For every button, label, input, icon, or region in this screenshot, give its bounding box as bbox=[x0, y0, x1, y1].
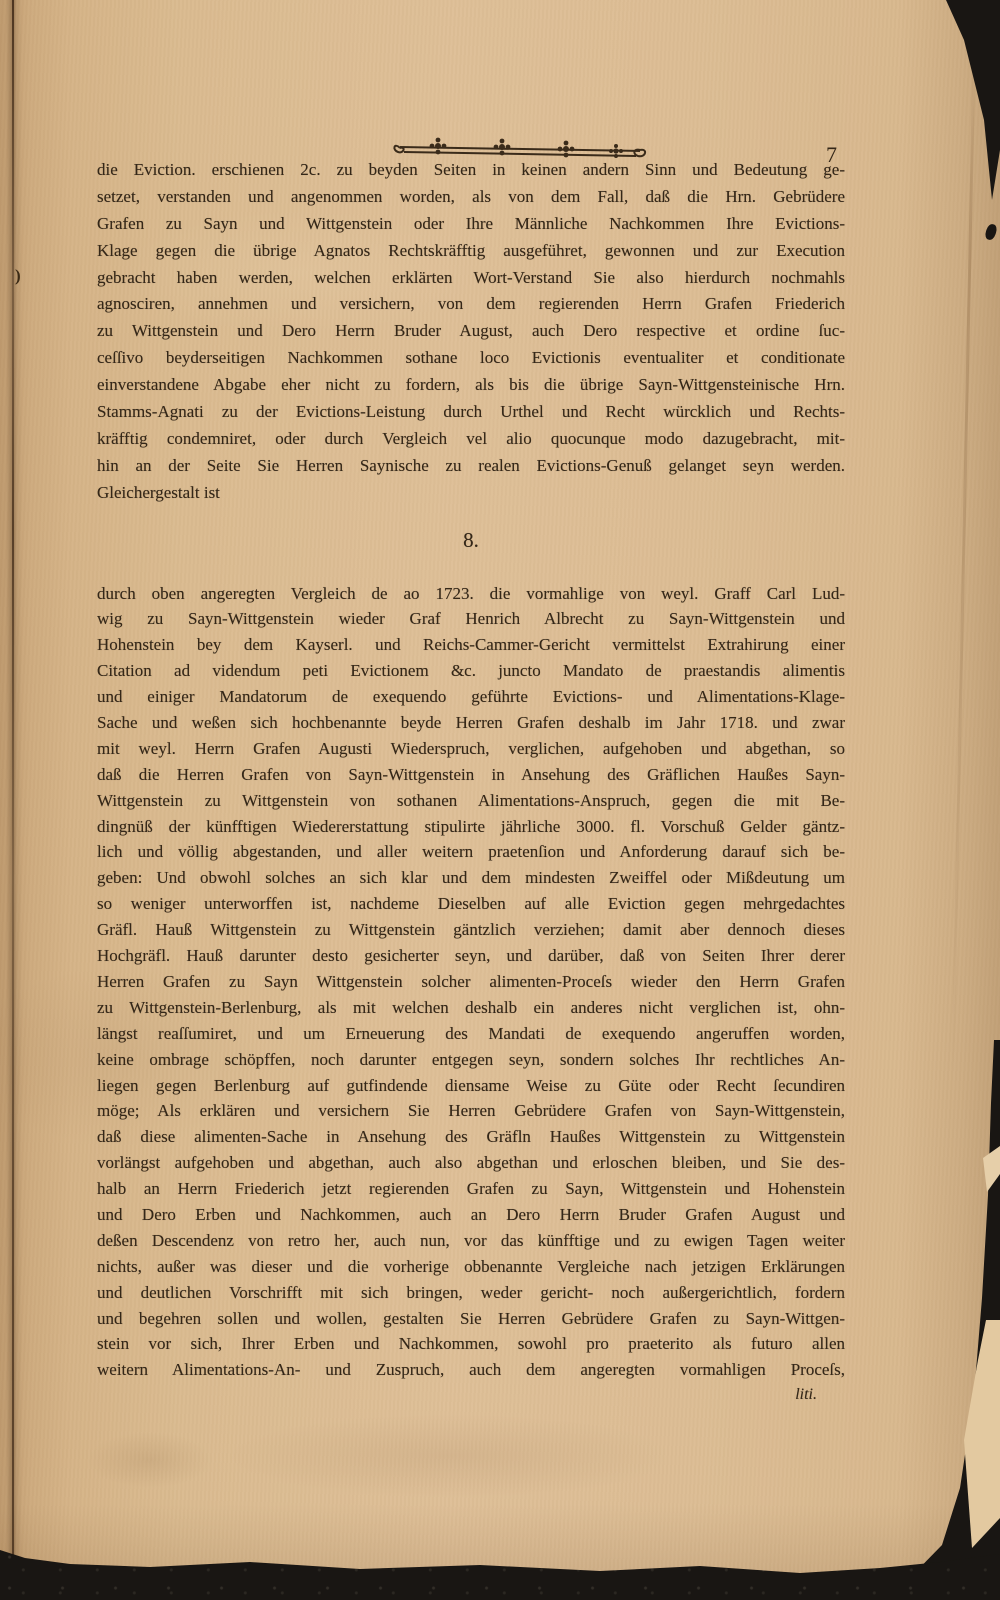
paragraph-section-8: durch oben angeregten Vergleich de ao 17… bbox=[97, 584, 845, 1387]
text-line: dingnüß der künfftigen Wiedererstattung … bbox=[97, 817, 845, 843]
text-line: deßen Descendenz von retro her, auch nun… bbox=[97, 1231, 845, 1257]
text-line: daß diese alimenten-Sache in Ansehung de… bbox=[97, 1127, 845, 1153]
text-line: wig zu Sayn-Wittgenstein wieder Graf Hen… bbox=[97, 609, 845, 635]
text-line: Gleichergestalt ist bbox=[97, 483, 845, 510]
text-line: geben: Und obwohl solches an sich klar u… bbox=[97, 868, 845, 894]
gutter-shadow bbox=[6, 0, 22, 1600]
scanned-page: ) 7 die Eviction. erschienen 2c. zu beyd… bbox=[0, 0, 1000, 1600]
text-line: setzet, verstanden und angenommen worden… bbox=[97, 187, 845, 214]
paper-crease bbox=[951, 40, 976, 1080]
gutter-fold-line bbox=[12, 0, 14, 1600]
margin-ink-mark: ) bbox=[15, 266, 21, 286]
paragraph-continuation: die Eviction. erschienen 2c. zu beyden S… bbox=[97, 160, 845, 510]
text-line: die Eviction. erschienen 2c. zu beyden S… bbox=[97, 160, 845, 187]
text-line: Wittgenstein zu Wittgenstein von sothane… bbox=[97, 791, 845, 817]
text-line: mit weyl. Herrn Grafen Augusti Wiederspr… bbox=[97, 739, 845, 765]
text-line: lich und völlig abgestanden, und aller w… bbox=[97, 842, 845, 868]
text-line: durch oben angeregten Vergleich de ao 17… bbox=[97, 584, 845, 610]
text-line: halb an Herrn Friederich jetzt regierend… bbox=[97, 1179, 845, 1205]
text-line: Klage gegen die übrige Agnatos Rechtskrä… bbox=[97, 241, 845, 268]
text-line: Grafen zu Sayn und Wittgenstein oder Ihr… bbox=[97, 214, 845, 241]
text-block: die Eviction. erschienen 2c. zu beyden S… bbox=[97, 160, 845, 1410]
text-line: daß die Herren Grafen von Sayn-Wittgenst… bbox=[97, 765, 845, 791]
text-line: und begehren sollen und wollen, gestalte… bbox=[97, 1309, 845, 1335]
text-line: gebracht haben werden, welchen erklärten… bbox=[97, 268, 845, 295]
text-line: Hohenstein bey dem Kayserl. und Reichs-C… bbox=[97, 635, 845, 661]
text-line: Gräfl. Hauß Wittgenstein zu Wittgenstein… bbox=[97, 920, 845, 946]
text-line: so weniger unterworffen ist, nachdeme Di… bbox=[97, 894, 845, 920]
text-line: einverstandene Abgabe eher nicht zu ford… bbox=[97, 375, 845, 402]
text-line: möge; Als erklären und versichern Sie He… bbox=[97, 1101, 845, 1127]
text-line: vorlängst aufgehoben und abgethan, auch … bbox=[97, 1153, 845, 1179]
text-line: keine ombrage schöpffen, noch darunter e… bbox=[97, 1050, 845, 1076]
text-line: Citation ad videndum peti Evictionem &c.… bbox=[97, 661, 845, 687]
text-line: Hochgräfl. Hauß darunter desto gesichert… bbox=[97, 946, 845, 972]
text-line: Stamms-Agnati zu der Evictions-Leistung … bbox=[97, 402, 845, 429]
text-line: zu Wittgenstein-Berlenburg, als mit welc… bbox=[97, 998, 845, 1024]
text-line: zu Wittgenstein und Dero Herrn Bruder Au… bbox=[97, 321, 845, 348]
text-line: weitern Alimentations-An- und Zuspruch, … bbox=[97, 1360, 845, 1386]
paper-sheet: ) 7 die Eviction. erschienen 2c. zu beyd… bbox=[0, 0, 1000, 1600]
text-line: agnosciren, annehmen und versichern, von… bbox=[97, 294, 845, 321]
text-line: nichts, außer was dieser und die vorheri… bbox=[97, 1257, 845, 1283]
text-line: und Dero Erben und Nachkommen, auch an D… bbox=[97, 1205, 845, 1231]
text-line: und einiger Mandatorum de exequendo gefü… bbox=[97, 687, 845, 713]
section-number-heading: 8. bbox=[97, 528, 845, 562]
text-line: Sache und weßen sich hochbenannte beyde … bbox=[97, 713, 845, 739]
text-line: kräfftig condemniret, oder durch Verglei… bbox=[97, 429, 845, 456]
text-line: längst reaſſumiret, und um Erneuerung de… bbox=[97, 1024, 845, 1050]
text-line: liegen gegen Berlenburg auf gutfindende … bbox=[97, 1076, 845, 1102]
text-line: Herren Grafen zu Sayn Wittgenstein solch… bbox=[97, 972, 845, 998]
catchword: liti. bbox=[97, 1386, 845, 1410]
text-line: und deutlichen Vorschrifft mit sich brin… bbox=[97, 1283, 845, 1309]
text-line: ceſſivo beyderseitigen Nachkommen sothan… bbox=[97, 348, 845, 375]
text-line: hin an der Seite Sie Herren Saynische zu… bbox=[97, 456, 845, 483]
text-line: stein vor sich, Ihrer Erben und Nachkomm… bbox=[97, 1334, 845, 1360]
